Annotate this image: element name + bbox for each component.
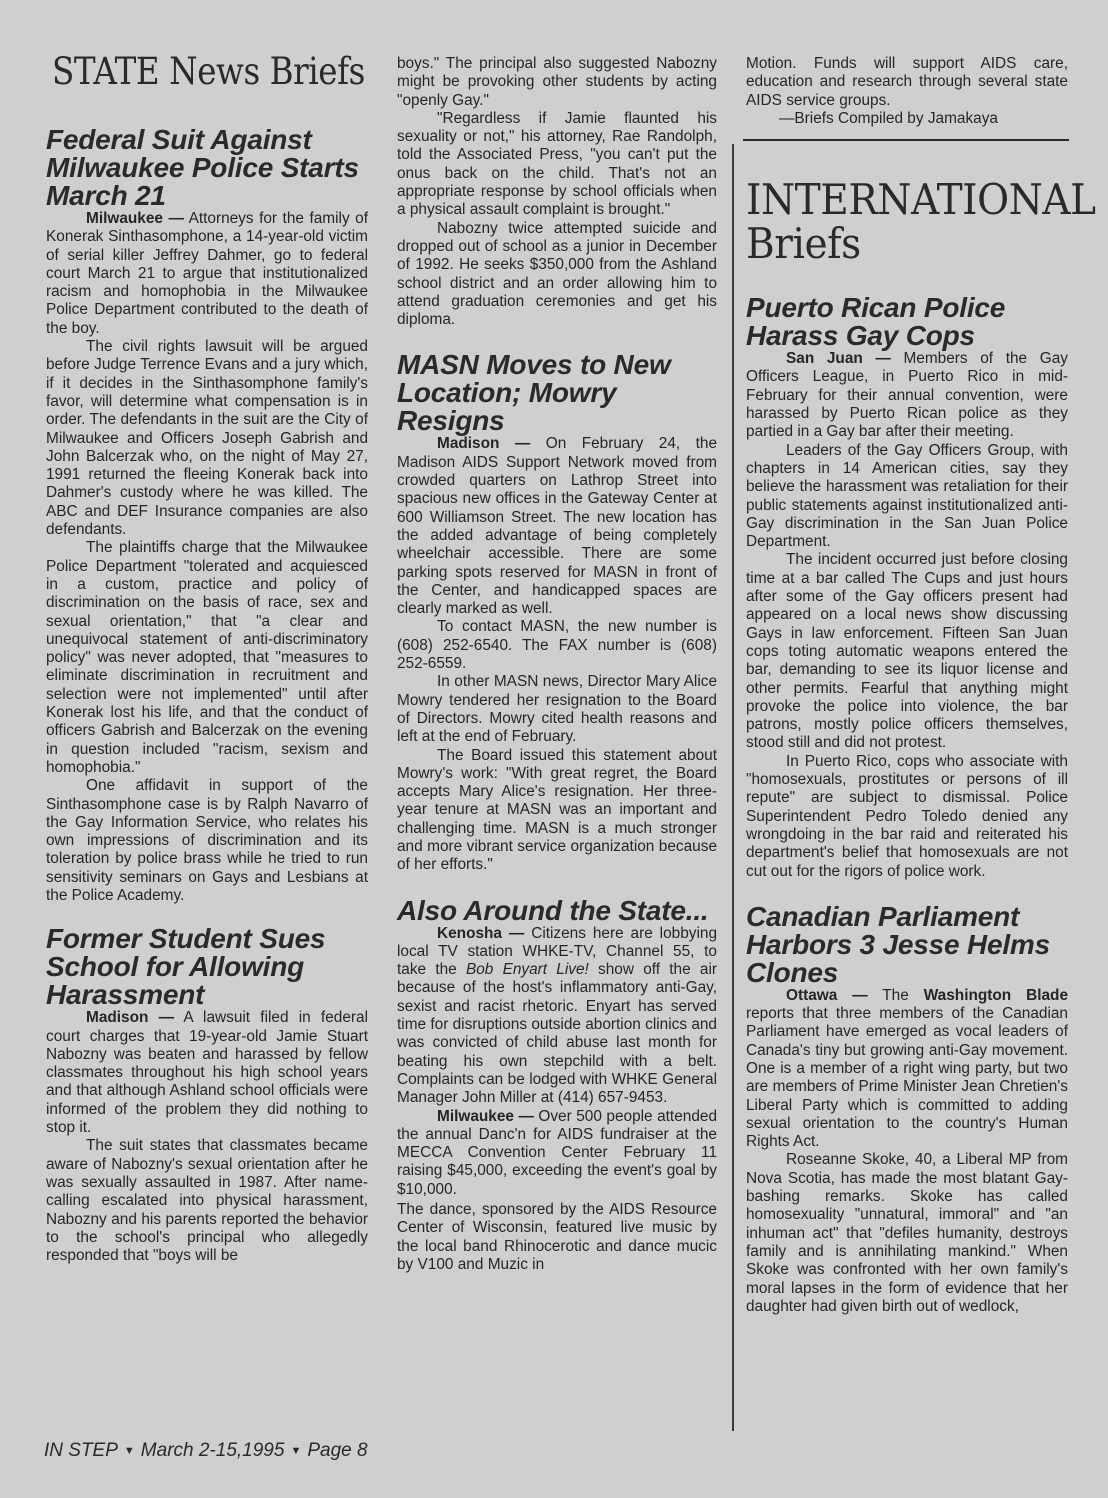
article-paragraph: The Board issued this statement about Mo… — [397, 747, 717, 875]
article-paragraph: Motion. Funds will support AIDS care, ed… — [746, 55, 1068, 110]
article-paragraph: San Juan — Members of the Gay Officers L… — [746, 350, 1068, 441]
dateline: Madison — — [86, 1009, 174, 1026]
article-paragraph: Madison — On February 24, the Madison AI… — [397, 435, 717, 618]
article-paragraph: In other MASN news, Director Mary Alice … — [397, 673, 717, 746]
column-divider-rule — [732, 144, 734, 1431]
state-section-title: STATE News Briefs — [52, 52, 330, 92]
triangle-separator-icon: ▼ — [124, 1445, 135, 1457]
dateline: Milwaukee — — [437, 1108, 534, 1125]
headline-canadian-parliament: Canadian Parliament Harbors 3 Jesse Helm… — [746, 903, 1068, 987]
dateline: Ottawa — — [786, 987, 868, 1004]
article-paragraph: Roseanne Skoke, 40, a Liberal MP from No… — [746, 1151, 1068, 1316]
newspaper-page: STATE News Briefs Federal Suit Against M… — [0, 0, 1108, 1498]
article-paragraph: Milwaukee — Attorneys for the family of … — [46, 210, 368, 338]
article-paragraph: The suit states that classmates became a… — [46, 1137, 368, 1265]
article-paragraph: To contact MASN, the new number is (608)… — [397, 618, 717, 673]
headline-also-around: Also Around the State... — [397, 897, 717, 925]
dateline: Kenosha — — [437, 925, 524, 942]
byline-credit: —Briefs Compiled by Jamakaya — [779, 110, 1068, 128]
show-title: Bob Enyart Live! — [466, 961, 589, 978]
article-paragraph: Nabozny twice attempted suicide and drop… — [397, 220, 717, 330]
dateline: San Juan — — [786, 350, 891, 367]
dateline: Milwaukee — — [86, 210, 184, 227]
column-1: STATE News Briefs Federal Suit Against M… — [46, 52, 368, 1265]
article-paragraph: One affidavit in support of the Sinthaso… — [46, 777, 368, 905]
section-divider-rule — [743, 139, 1069, 141]
headline-federal-suit: Federal Suit Against Milwaukee Police St… — [46, 126, 368, 210]
footer-page-number: Page 8 — [307, 1440, 367, 1461]
article-paragraph: The incident occurred just before closin… — [746, 551, 1068, 752]
article-paragraph: Milwaukee — Over 500 people attended the… — [397, 1108, 717, 1199]
column-3: Motion. Funds will support AIDS care, ed… — [746, 55, 1068, 1316]
headline-puerto-rican-police: Puerto Rican Police Harass Gay Cops — [746, 294, 1068, 350]
article-paragraph: Kenosha — Citizens here are lobbying loc… — [397, 925, 717, 1108]
article-paragraph: The dance, sponsored by the AIDS Resourc… — [397, 1201, 717, 1274]
article-paragraph: Madison — A lawsuit filed in federal cou… — [46, 1009, 368, 1137]
article-paragraph: The plaintiffs charge that the Milwaukee… — [46, 539, 368, 777]
international-section-title: INTERNATIONAL Briefs — [746, 178, 1045, 266]
article-paragraph: The civil rights lawsuit will be argued … — [46, 338, 368, 539]
column-2: boys." The principal also suggested Nabo… — [397, 55, 717, 1274]
article-paragraph: Leaders of the Gay Officers Group, with … — [746, 442, 1068, 552]
page-footer: IN STEP▼March 2-15,1995▼Page 8 — [44, 1440, 368, 1462]
article-paragraph: In Puerto Rico, cops who associate with … — [746, 753, 1068, 881]
article-paragraph: boys." The principal also suggested Nabo… — [397, 55, 717, 110]
headline-former-student: Former Student Sues School for Allowing … — [46, 925, 368, 1009]
article-paragraph: "Regardless if Jamie flaunted his sexual… — [397, 110, 717, 220]
footer-publication: IN STEP — [44, 1440, 118, 1461]
article-paragraph: Ottawa — The Washington Blade reports th… — [746, 987, 1068, 1152]
triangle-separator-icon: ▼ — [290, 1445, 301, 1457]
publication-name: Washington Blade — [924, 987, 1068, 1004]
footer-date: March 2-15,1995 — [141, 1440, 285, 1461]
headline-masn: MASN Moves to New Location; Mowry Resign… — [397, 351, 717, 435]
dateline: Madison — — [437, 435, 530, 452]
